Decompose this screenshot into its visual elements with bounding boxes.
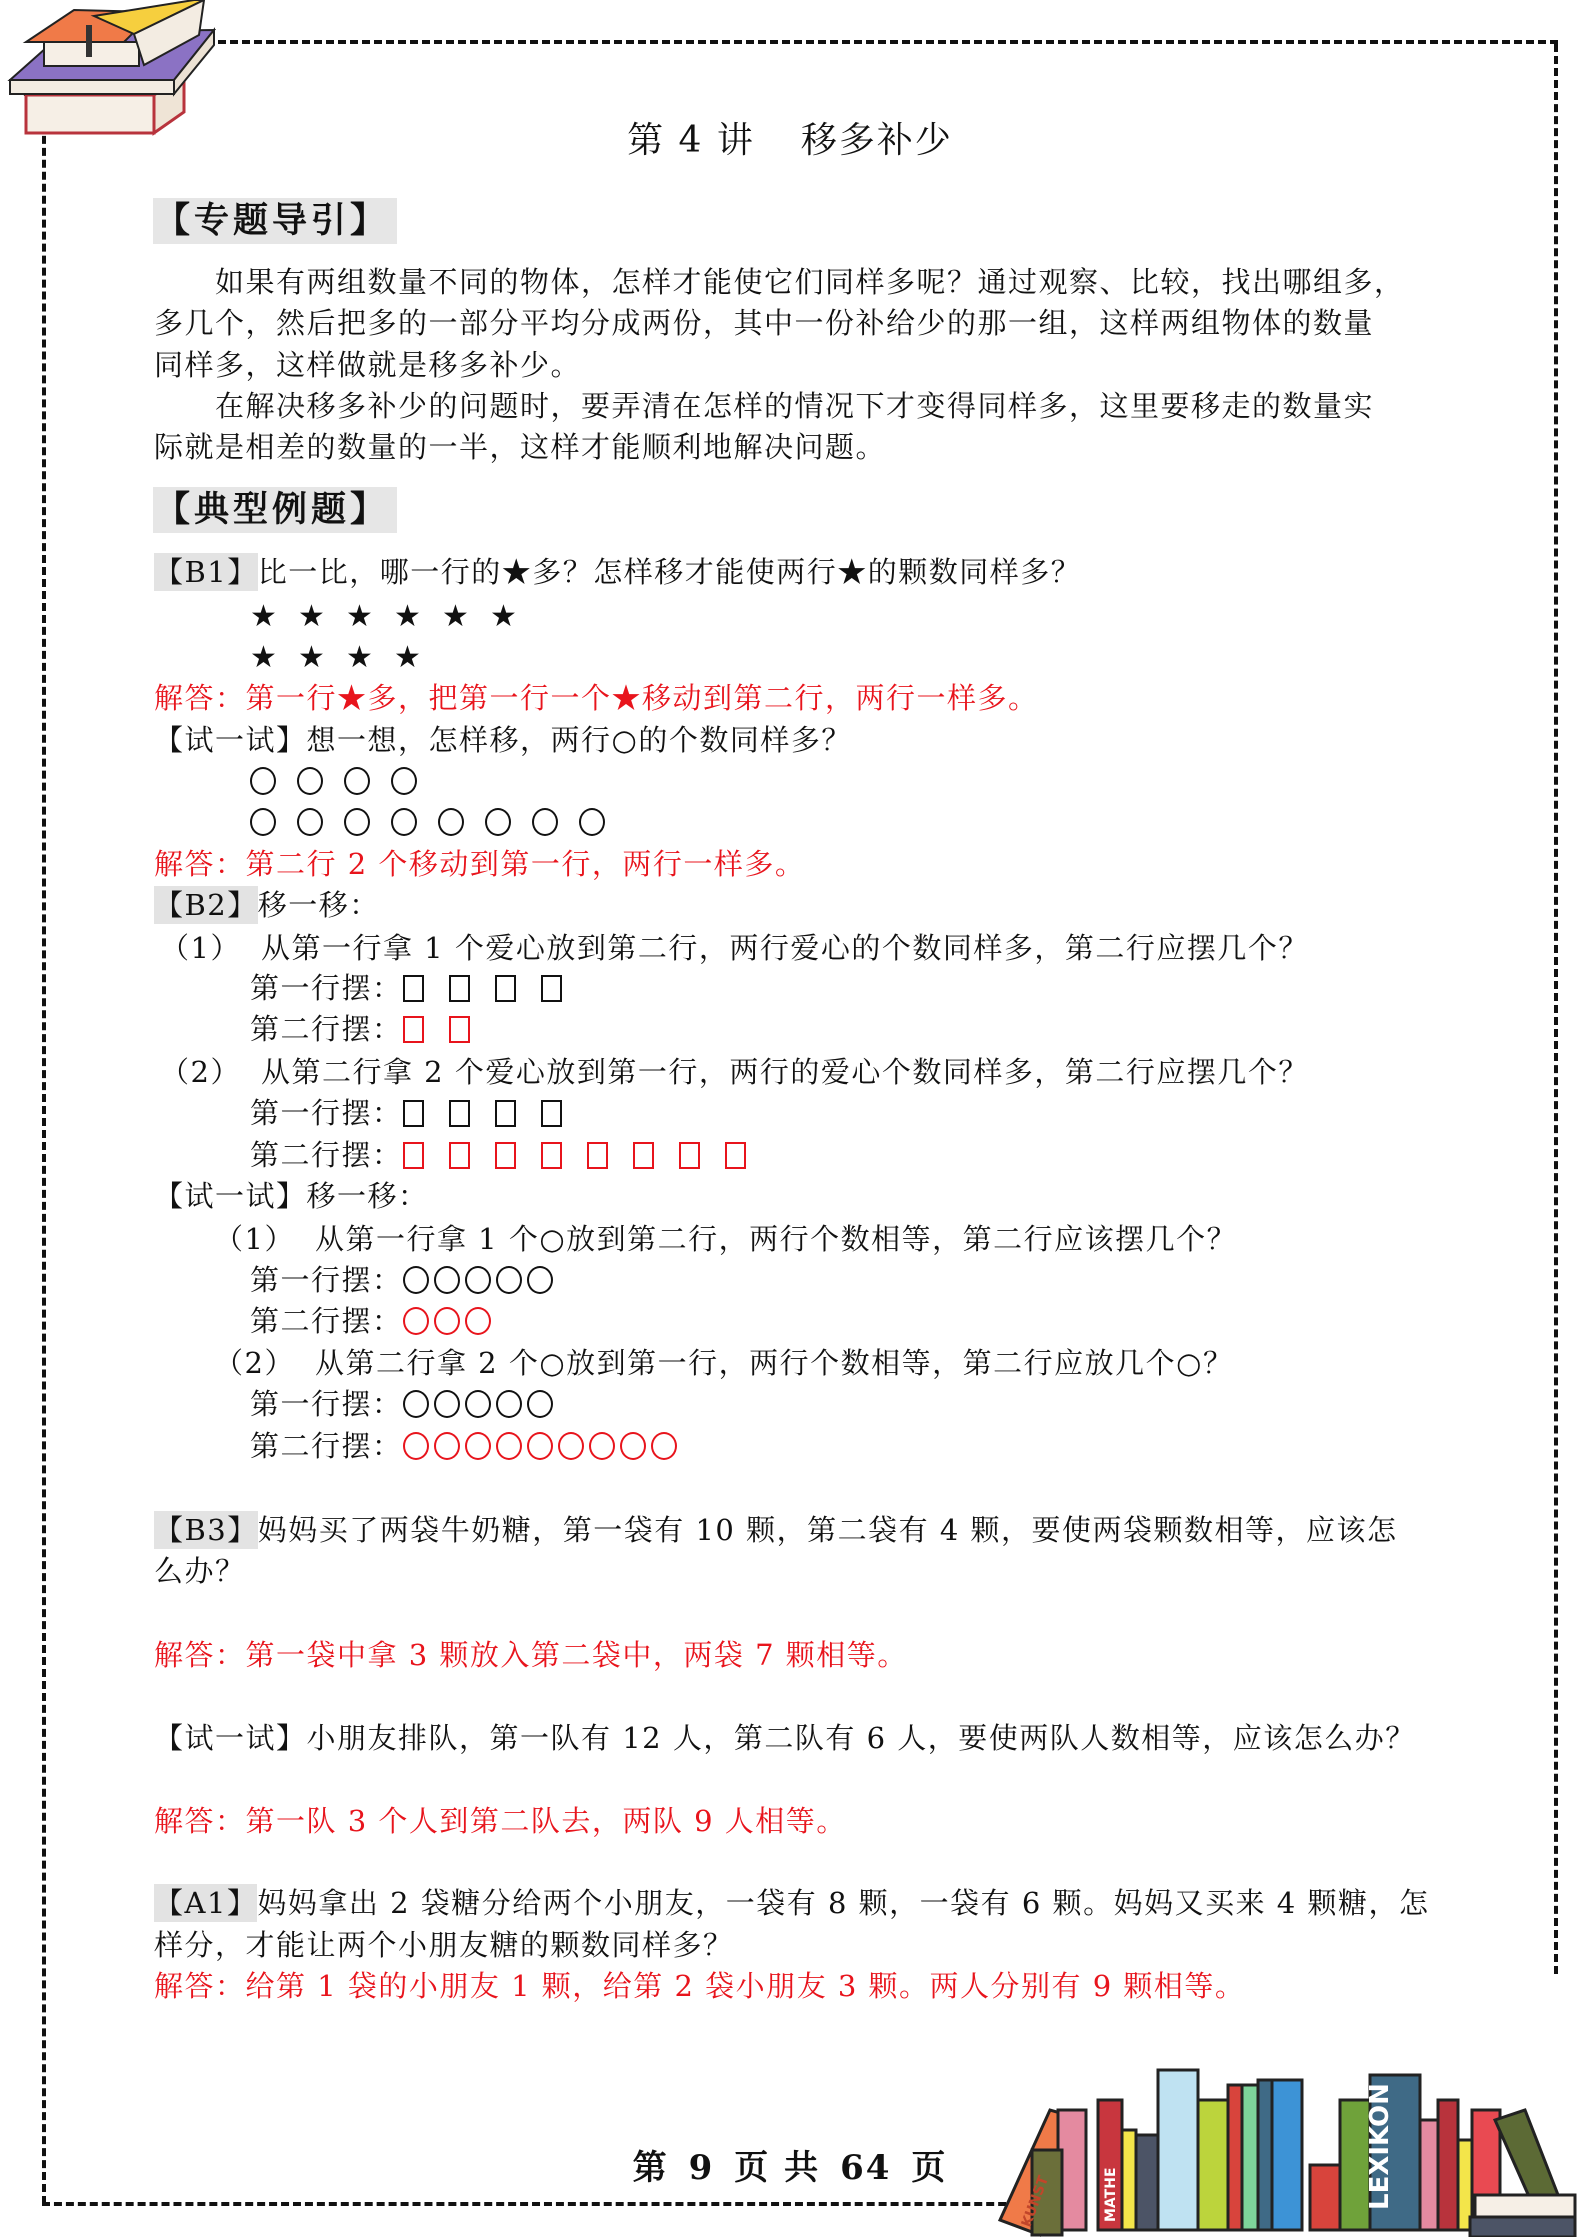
- square-row-answer: [403, 1012, 495, 1046]
- try2-part1-label: （1）: [214, 1222, 295, 1256]
- circle-icon: [527, 1432, 553, 1460]
- circle-icon: [496, 1432, 522, 1460]
- star-icon: ★: [250, 597, 298, 637]
- circle-icon: [434, 1390, 460, 1418]
- star-icon: ★: [346, 597, 394, 637]
- page-indicator: 第9页 共64页: [0, 2140, 1580, 2189]
- b2-part2-label: （2）: [160, 1055, 241, 1089]
- heart-placeholder-square-icon: [679, 1142, 700, 1169]
- b2-part2-text: 从第二行拿 2 个爱心放到第一行，两行的爱心个数同样多，第二行应摆几个？: [261, 1055, 1309, 1089]
- heart-placeholder-square-icon: [587, 1142, 608, 1169]
- heart-placeholder-square-icon: [541, 1142, 562, 1169]
- circle-icon: [391, 808, 417, 836]
- b3-question-line-2: 么办？: [154, 1551, 246, 1591]
- circle-row-answer: [403, 1429, 682, 1463]
- b1-question: 【B1】比一比，哪一行的★多？怎样移才能使两行★的颗数同样多？: [154, 552, 1081, 592]
- dashed-frame-bottom: [42, 2202, 1042, 2206]
- b3-tag: 【B3】: [154, 1511, 258, 1549]
- page-number: 9: [689, 2148, 715, 2188]
- try1-question: 【试一试】想一想，怎样移，两行○的个数同样多？: [154, 720, 852, 760]
- page-prefix: 第: [633, 2148, 669, 2188]
- try2-part2-row2: 第二行摆：: [250, 1426, 682, 1466]
- a1-question-line-1: 【A1】妈妈拿出 2 袋糖分给两个小朋友，一袋有 8 颗，一袋有 6 颗。妈妈又…: [154, 1883, 1429, 1923]
- page-suffix: 页: [911, 2148, 947, 2188]
- bookshelf-icon: LEXIKON MATHE KUNST: [990, 1960, 1580, 2237]
- try1-answer: 解答：第二行 2 个移动到第一行，两行一样多。: [154, 844, 805, 884]
- try2-part2-question: （2）从第二行拿 2 个○放到第一行，两行个数相等，第二行应放几个○？: [214, 1343, 1233, 1383]
- row-label: 第二行摆：: [250, 1304, 403, 1338]
- circle-icon: [250, 767, 276, 795]
- b2-tag: 【B2】: [154, 886, 258, 924]
- examples-heading: 【典型例题】: [153, 487, 397, 533]
- heart-placeholder-square-icon: [633, 1142, 654, 1169]
- b1-star-row-2: ★★★★: [250, 637, 442, 678]
- b2-part1-row2: 第二行摆：: [250, 1009, 495, 1049]
- row-label: 第一行摆：: [250, 1263, 403, 1297]
- heart-placeholder-square-icon: [449, 1016, 470, 1043]
- square-row-answer: [403, 1138, 771, 1172]
- b3-question-text: 妈妈买了两袋牛奶糖，第一袋有 10 颗，第二袋有 4 颗，要使两袋颗数相等，应该…: [258, 1513, 1398, 1547]
- star-icon: ★: [298, 638, 346, 678]
- circle-icon: [527, 1266, 553, 1294]
- try2-header: 【试一试】移一移：: [154, 1176, 429, 1216]
- heart-placeholder-square-icon: [403, 1142, 424, 1169]
- circle-icon: [465, 1390, 491, 1418]
- circle-icon: [589, 1432, 615, 1460]
- heart-placeholder-square-icon: [449, 1142, 470, 1169]
- circle-icon: [403, 1266, 429, 1294]
- circle-icon: [465, 1266, 491, 1294]
- circle-icon: [438, 808, 464, 836]
- heart-placeholder-square-icon: [541, 975, 562, 1002]
- try2-part2-label: （2）: [214, 1346, 295, 1380]
- circle-icon: [297, 808, 323, 836]
- star-icon: ★: [250, 638, 298, 678]
- try3-answer: 解答：第一队 3 个人到第二队去，两队 9 人相等。: [154, 1801, 847, 1841]
- circle-row-answer: [403, 1304, 496, 1338]
- intro-line-4: 在解决移多补少的问题时，要弄清在怎样的情况下才变得同样多，这里要移走的数量实: [154, 386, 1374, 426]
- b2-part2-question: （2）从第二行拿 2 个爱心放到第一行，两行的爱心个数同样多，第二行应摆几个？: [160, 1052, 1309, 1092]
- star-icon: ★: [394, 638, 442, 678]
- circle-icon: [391, 767, 417, 795]
- circle-icon: [558, 1432, 584, 1460]
- a1-tag: 【A1】: [154, 1884, 257, 1922]
- star-icon: ★: [394, 597, 442, 637]
- circle-icon: [344, 808, 370, 836]
- lecture-topic: 移多补少: [801, 120, 953, 161]
- heart-placeholder-square-icon: [495, 1142, 516, 1169]
- try2-part1-text: 从第一行拿 1 个○放到第二行，两行个数相等，第二行应该摆几个？: [315, 1222, 1237, 1256]
- row-label: 第二行摆：: [250, 1429, 403, 1463]
- b1-answer: 解答：第一行★多，把第一行一个★移动到第二行，两行一样多。: [154, 678, 1039, 718]
- circle-icon: [579, 808, 605, 836]
- circle-icon: [344, 767, 370, 795]
- try2-part1-question: （1）从第一行拿 1 个○放到第二行，两行个数相等，第二行应该摆几个？: [214, 1219, 1237, 1259]
- square-row: [403, 971, 587, 1005]
- circle-icon: [250, 808, 276, 836]
- page-mid: 页 共: [734, 2148, 820, 2188]
- row-label: 第一行摆：: [250, 1096, 403, 1130]
- circle-row: [403, 1387, 558, 1421]
- try3-question-text: 小朋友排队，第一队有 12 人，第二队有 6 人，要使两队人数相等，应该怎么办？: [307, 1721, 1416, 1755]
- b1-tag: 【B1】: [154, 553, 258, 591]
- dashed-frame-right: [1554, 44, 1558, 1974]
- star-icon: ★: [490, 597, 538, 637]
- a1-question-text: 妈妈拿出 2 袋糖分给两个小朋友，一袋有 8 颗，一袋有 6 颗。妈妈又买来 4…: [257, 1886, 1429, 1920]
- b2-part1-label: （1）: [160, 931, 241, 965]
- try1-circle-row-2: [250, 802, 626, 842]
- heart-placeholder-square-icon: [403, 1100, 424, 1127]
- b2-header: 【B2】移一移：: [154, 885, 380, 925]
- circle-icon: [403, 1432, 429, 1460]
- heart-placeholder-square-icon: [725, 1142, 746, 1169]
- b2-title: 移一移：: [258, 888, 380, 922]
- star-icon: ★: [298, 597, 346, 637]
- b3-question-line-1: 【B3】妈妈买了两袋牛奶糖，第一袋有 10 颗，第二袋有 4 颗，要使两袋颗数相…: [154, 1510, 1398, 1550]
- try2-part1-row1: 第一行摆：: [250, 1260, 558, 1300]
- b3-answer: 解答：第一袋中拿 3 颗放入第二袋中，两袋 7 颗相等。: [154, 1635, 908, 1675]
- try1-tag: 【试一试】: [154, 723, 307, 757]
- row-label: 第二行摆：: [250, 1012, 403, 1046]
- circle-icon: [403, 1307, 429, 1335]
- heart-placeholder-square-icon: [449, 1100, 470, 1127]
- row-label: 第一行摆：: [250, 971, 403, 1005]
- try1-question-text: 想一想，怎样移，两行○的个数同样多？: [307, 723, 852, 757]
- circle-icon: [620, 1432, 646, 1460]
- try2-part2-text: 从第二行拿 2 个○放到第一行，两行个数相等，第二行应放几个○？: [315, 1346, 1234, 1380]
- heart-placeholder-square-icon: [403, 1016, 424, 1043]
- circle-icon: [532, 808, 558, 836]
- circle-icon: [527, 1390, 553, 1418]
- square-row: [403, 1096, 587, 1130]
- dashed-frame-left: [42, 52, 46, 2204]
- row-label: 第二行摆：: [250, 1138, 403, 1172]
- row-label: 第一行摆：: [250, 1387, 403, 1421]
- try3-question: 【试一试】小朋友排队，第一队有 12 人，第二队有 6 人，要使两队人数相等，应…: [154, 1718, 1416, 1758]
- intro-line-2: 多几个，然后把多的一部分平均分成两份，其中一份补给少的那一组，这样两组物体的数量: [154, 303, 1374, 343]
- heart-placeholder-square-icon: [541, 1100, 562, 1127]
- a1-question-line-2: 样分，才能让两个小朋友糖的颗数同样多？: [154, 1925, 734, 1965]
- circle-icon: [465, 1432, 491, 1460]
- try2-part1-row2: 第二行摆：: [250, 1301, 496, 1341]
- b1-question-text: 比一比，哪一行的★多？怎样移才能使两行★的颗数同样多？: [258, 555, 1082, 589]
- dashed-frame-top: [170, 40, 1558, 44]
- b2-part2-row1: 第一行摆：: [250, 1093, 587, 1133]
- intro-line-3: 同样多，这样做就是移多补少。: [154, 345, 581, 385]
- b2-part2-row2: 第二行摆：: [250, 1135, 771, 1175]
- lecture-title: 第 4 讲移多补少: [0, 112, 1580, 163]
- circle-icon: [434, 1266, 460, 1294]
- intro-line-1: 如果有两组数量不同的物体，怎样才能使它们同样多呢？通过观察、比较，找出哪组多，: [154, 262, 1405, 302]
- lecture-number: 第 4 讲: [627, 120, 755, 161]
- circle-icon: [496, 1390, 522, 1418]
- heart-placeholder-square-icon: [403, 975, 424, 1002]
- try2-part2-row1: 第一行摆：: [250, 1384, 558, 1424]
- circle-icon: [465, 1307, 491, 1335]
- heart-placeholder-square-icon: [495, 1100, 516, 1127]
- b2-part1-row1: 第一行摆：: [250, 968, 587, 1008]
- b1-star-row-1: ★★★★★★: [250, 596, 538, 637]
- try3-tag: 【试一试】: [154, 1721, 307, 1755]
- try1-circle-row-1: [250, 761, 438, 801]
- intro-heading: 【专题导引】: [153, 198, 397, 244]
- heart-placeholder-square-icon: [449, 975, 470, 1002]
- circle-icon: [434, 1432, 460, 1460]
- intro-line-5: 际就是相差的数量的一半，这样才能顺利地解决问题。: [154, 427, 886, 467]
- try2-tag: 【试一试】: [154, 1179, 307, 1213]
- heart-placeholder-square-icon: [495, 975, 516, 1002]
- circle-icon: [485, 808, 511, 836]
- star-icon: ★: [346, 638, 394, 678]
- try2-title: 移一移：: [307, 1179, 429, 1213]
- circle-icon: [297, 767, 323, 795]
- circle-icon: [403, 1390, 429, 1418]
- star-icon: ★: [442, 597, 490, 637]
- circle-row: [403, 1263, 558, 1297]
- b2-part1-question: （1）从第一行拿 1 个爱心放到第二行，两行爱心的个数同样多，第二行应摆几个？: [160, 928, 1309, 968]
- circle-icon: [434, 1307, 460, 1335]
- total-pages: 64: [840, 2148, 891, 2188]
- circle-icon: [496, 1266, 522, 1294]
- b2-part1-text: 从第一行拿 1 个爱心放到第二行，两行爱心的个数同样多，第二行应摆几个？: [261, 931, 1309, 965]
- circle-icon: [651, 1432, 677, 1460]
